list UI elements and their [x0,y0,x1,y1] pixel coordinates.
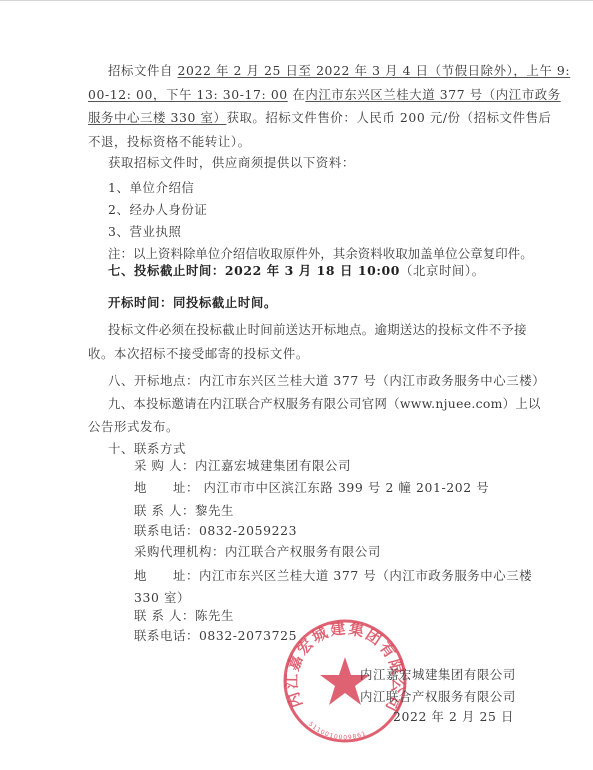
purchase-period-dates: 2022 年 2 月 25 日至 2022 年 3 月 4 日（节假日除外），上… [178,63,571,78]
bid-submission-rule-line-1: 投标文件必须在投标截止时间前送达开标地点。逾期送达的投标文件不予接 [108,322,527,338]
page-top-border [0,0,593,1]
signature-org-2: 内江联合产权服务有限公司 [360,689,516,705]
bid-opening-location: 八、开标地点：内江市东兴区兰桂大道 377 号（内江市政务服务中心三楼） [108,373,545,389]
materials-intro: 获取招标文件时，供应商须提供以下资料： [108,155,355,171]
signature-date: 2022 年 2 月 25 日 [393,709,514,725]
seal-code: 5110010009861 [307,721,368,742]
purchase-period-line-4: 不退，投标资格不能转让）。 [88,134,251,150]
purchaser-address: 地 址： 内江市市中区滨江东路 399 号 2 幢 201-202 号 [134,480,489,496]
signature-org-1: 内江嘉宏城建集团有限公司 [360,667,516,683]
announcement-line-1: 九、本投标邀请在内江联合产权服务有限公司官网（www.njuee.com）上以 [108,396,541,412]
material-item: 1、单位介绍信 [108,180,194,196]
purchase-period-line-1: 招标文件自 2022 年 2 月 25 日至 2022 年 3 月 4 日（节假… [108,63,570,79]
purchaser-contact: 联 系 人：黎先生 [134,503,234,519]
announcement-line-2: 公告形式发布。 [88,419,179,435]
bid-deadline-heading: 七、投标截止时间：2022 年 3 月 18 日 10:00（北京时间）。 [108,263,485,279]
purchaser-name: 采 购 人：内江嘉宏城建集团有限公司 [134,458,351,474]
agency-address: 地 址：内江市东兴区兰桂大道 377 号（内江市政务服务中心三楼 [134,568,532,584]
materials-note: 注：以上资料除单位介绍信收取原件外，其余资料收取加盖单位公章复印件。 [108,246,533,262]
bid-submission-rule-line-2: 收。本次招标不接受邮寄的投标文件。 [88,346,309,362]
agency-address-cont: 330 室） [134,590,190,606]
material-item: 3、营业执照 [108,224,181,240]
agency-name: 采购代理机构：内江联合产权服务有限公司 [134,544,381,560]
purchaser-phone: 联系电话：0832-2059223 [134,523,297,539]
material-item: 2、经办人身份证 [108,202,207,218]
agency-phone: 联系电话：0832-2073725 [134,628,297,644]
svg-text:5110010009861: 5110010009861 [307,721,368,742]
purchase-location: 内江市东兴区兰桂大道 377 号（内江市政务 [305,87,560,102]
purchase-period-hours: 00-12: 00，下午 13: 30-17: 00 [88,87,288,102]
purchase-period-line-2: 00-12: 00，下午 13: 30-17: 00 在内江市东兴区兰桂大道 3… [88,87,561,103]
bid-opening-time: 开标时间：同投标截止时间。 [108,295,277,311]
purchase-location-cont: 服务中心三楼 330 室） [88,110,226,125]
agency-contact: 联 系 人：陈先生 [134,608,234,624]
purchase-period-line-3: 服务中心三楼 330 室）获取。招标文件售价：人民币 200 元/份（招标文件售… [88,110,552,126]
contact-heading: 十、联系方式 [108,441,186,457]
